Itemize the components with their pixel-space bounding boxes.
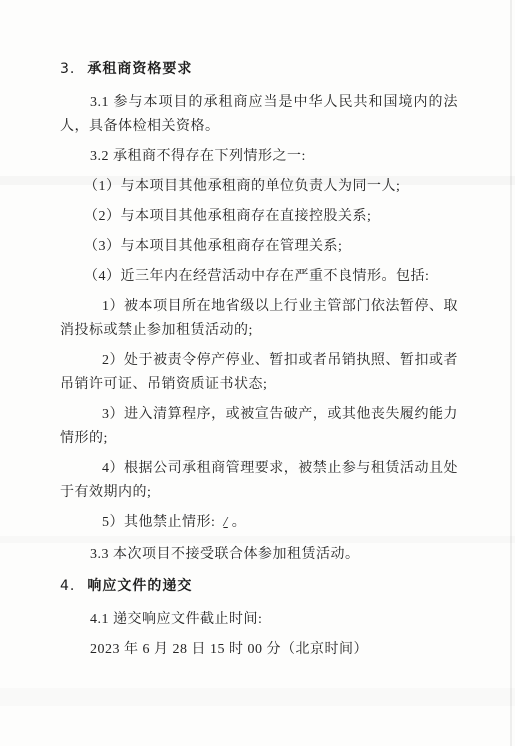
- section-4-number: 4.: [60, 578, 75, 594]
- section-4-heading: 4.响应文件的递交: [60, 577, 458, 595]
- sub-item-5: 5）其他禁止情形: /。: [60, 511, 458, 535]
- paragraph-4-1: 4.1 递交响应文件截止时间:: [60, 608, 458, 632]
- sub-item-5-period: 。: [232, 515, 247, 530]
- paragraph-3-1: 3.1 参与本项目的承租商应当是中华人民共和国境内的法人，具备体检相关资格。: [60, 91, 458, 139]
- scan-edge-line: [510, 0, 512, 746]
- deadline-line: 2023 年 6 月 28 日 15 时 00 分（北京时间）: [60, 638, 458, 662]
- scanned-document-page: 3.承租商资格要求 3.1 参与本项目的承租商应当是中华人民共和国境内的法人，具…: [0, 0, 515, 746]
- sub-item-4: 4）根据公司承租商管理要求，被禁止参与租赁活动且处于有效期内的;: [60, 457, 458, 505]
- document-body: 3.承租商资格要求 3.1 参与本项目的承租商应当是中华人民共和国境内的法人，具…: [60, 0, 458, 662]
- paragraph-3-2: 3.2 承租商不得存在下列情形之一:: [60, 145, 458, 169]
- sub-item-5-label: 5）其他禁止情形:: [102, 515, 219, 530]
- list-item-2: （2）与本项目其他承租商存在直接控股关系;: [60, 205, 458, 229]
- list-item-1: （1）与本项目其他承租商的单位负责人为同一人;: [60, 175, 458, 199]
- sub-item-2: 2）处于被责令停产停业、暂扣或者吊销执照、暂扣或者吊销许可证、吊销资质证书状态;: [60, 349, 458, 397]
- sub-item-5-blank-slash: /: [219, 515, 231, 530]
- list-item-3: （3）与本项目其他承租商存在管理关系;: [60, 235, 458, 259]
- list-item-4: （4）近三年内在经营活动中存在严重不良情形。包括:: [60, 265, 458, 289]
- section-3-number: 3.: [60, 61, 75, 77]
- section-3-title: 承租商资格要求: [87, 61, 192, 77]
- sub-item-3: 3）进入清算程序，或被宣告破产，或其他丧失履约能力情形的;: [60, 403, 458, 451]
- scan-artifact-band: [0, 688, 515, 706]
- paragraph-3-3: 3.3 本次项目不接受联合体参加租赁活动。: [60, 543, 458, 567]
- section-4-title: 响应文件的递交: [87, 578, 192, 594]
- section-3-heading: 3.承租商资格要求: [60, 60, 458, 78]
- sub-item-1: 1）被本项目所在地省级以上行业主管部门依法暂停、取消投标或禁止参加租赁活动的;: [60, 295, 458, 343]
